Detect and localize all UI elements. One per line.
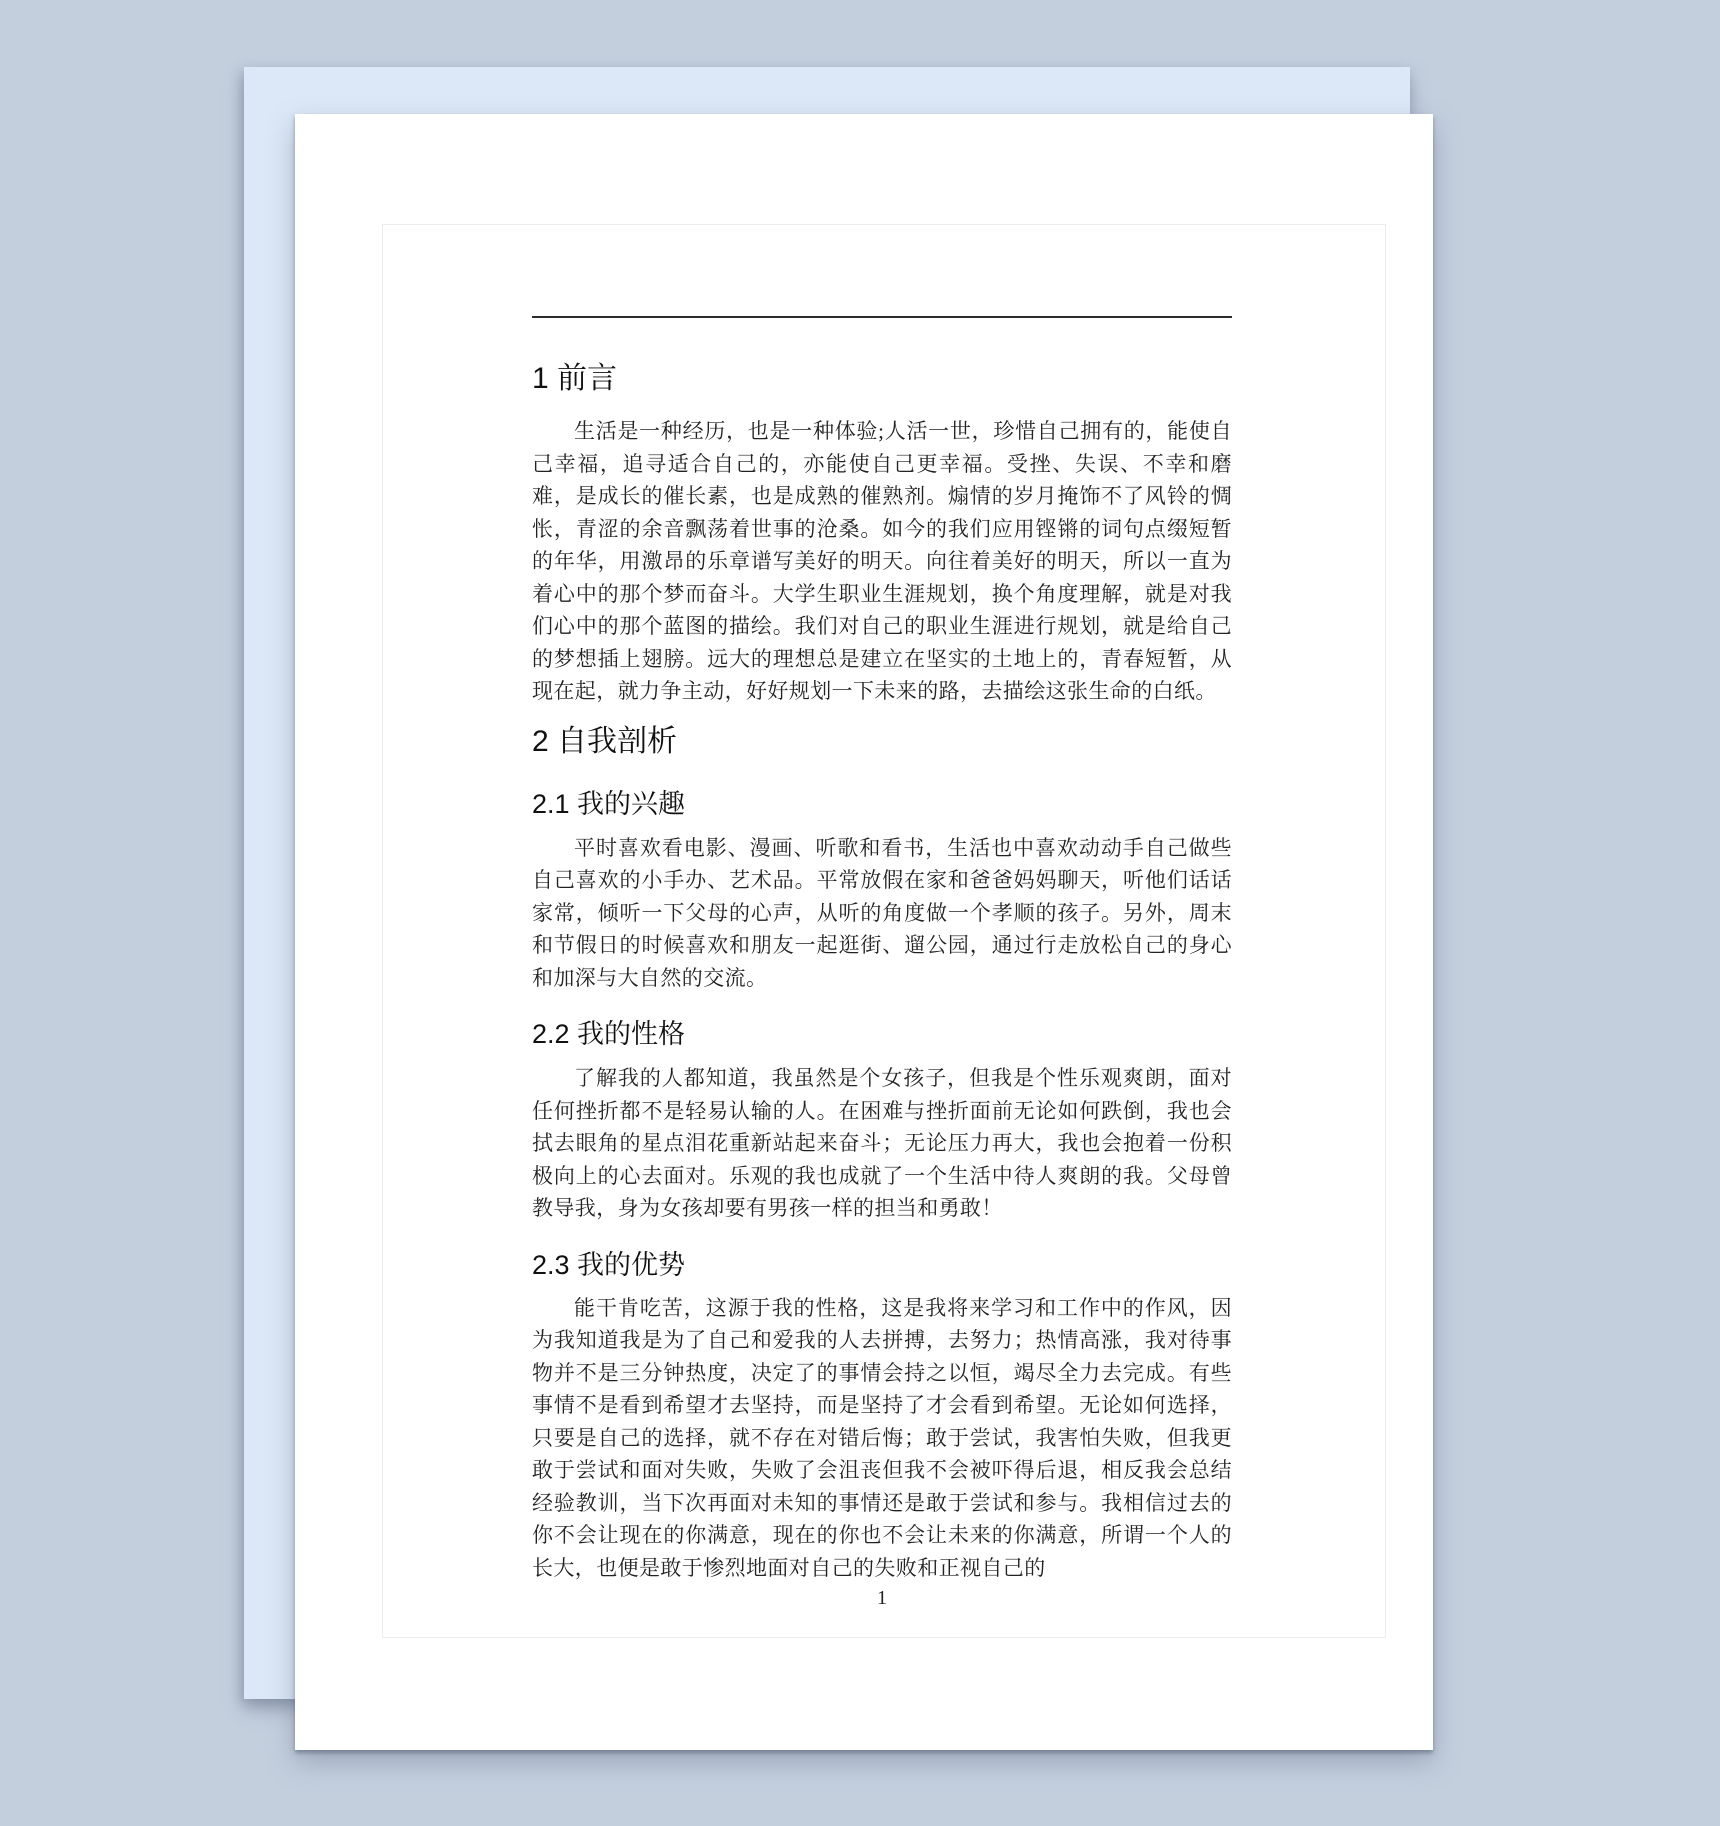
paragraph-interests: 平时喜欢看电影、漫画、听歌和看书，生活也中喜欢动动手自己做些自己喜欢的小手办、艺… [532, 832, 1232, 995]
subsection-heading-interests: 2.1 我的兴趣 [532, 786, 1232, 822]
paragraph-strengths: 能干肯吃苦，这源于我的性格，这是我将来学习和工作中的作风，因为我知道我是为了自己… [532, 1292, 1232, 1585]
paragraph-personality: 了解我的人都知道，我虽然是个女孩子，但我是个性乐观爽朗，面对任何挫折都不是轻易认… [532, 1062, 1232, 1225]
subsection-heading-strengths: 2.3 我的优势 [532, 1247, 1232, 1283]
section-heading-foreword: 1 前言 [532, 359, 1232, 399]
section-heading-self-analysis: 2 自我剖析 [532, 722, 1232, 762]
subsection-heading-personality: 2.2 我的性格 [532, 1016, 1232, 1052]
header-divider-line [532, 316, 1232, 318]
document-page: 1 前言 生活是一种经历，也是一种体验;人活一世，珍惜自己拥有的，能使自己幸福，… [295, 114, 1433, 1750]
page-content: 1 前言 生活是一种经历，也是一种体验;人活一世，珍惜自己拥有的，能使自己幸福，… [532, 316, 1232, 1610]
page-number: 1 [532, 1586, 1232, 1610]
paragraph-foreword: 生活是一种经历，也是一种体验;人活一世，珍惜自己拥有的，能使自己幸福，追寻适合自… [532, 415, 1232, 708]
